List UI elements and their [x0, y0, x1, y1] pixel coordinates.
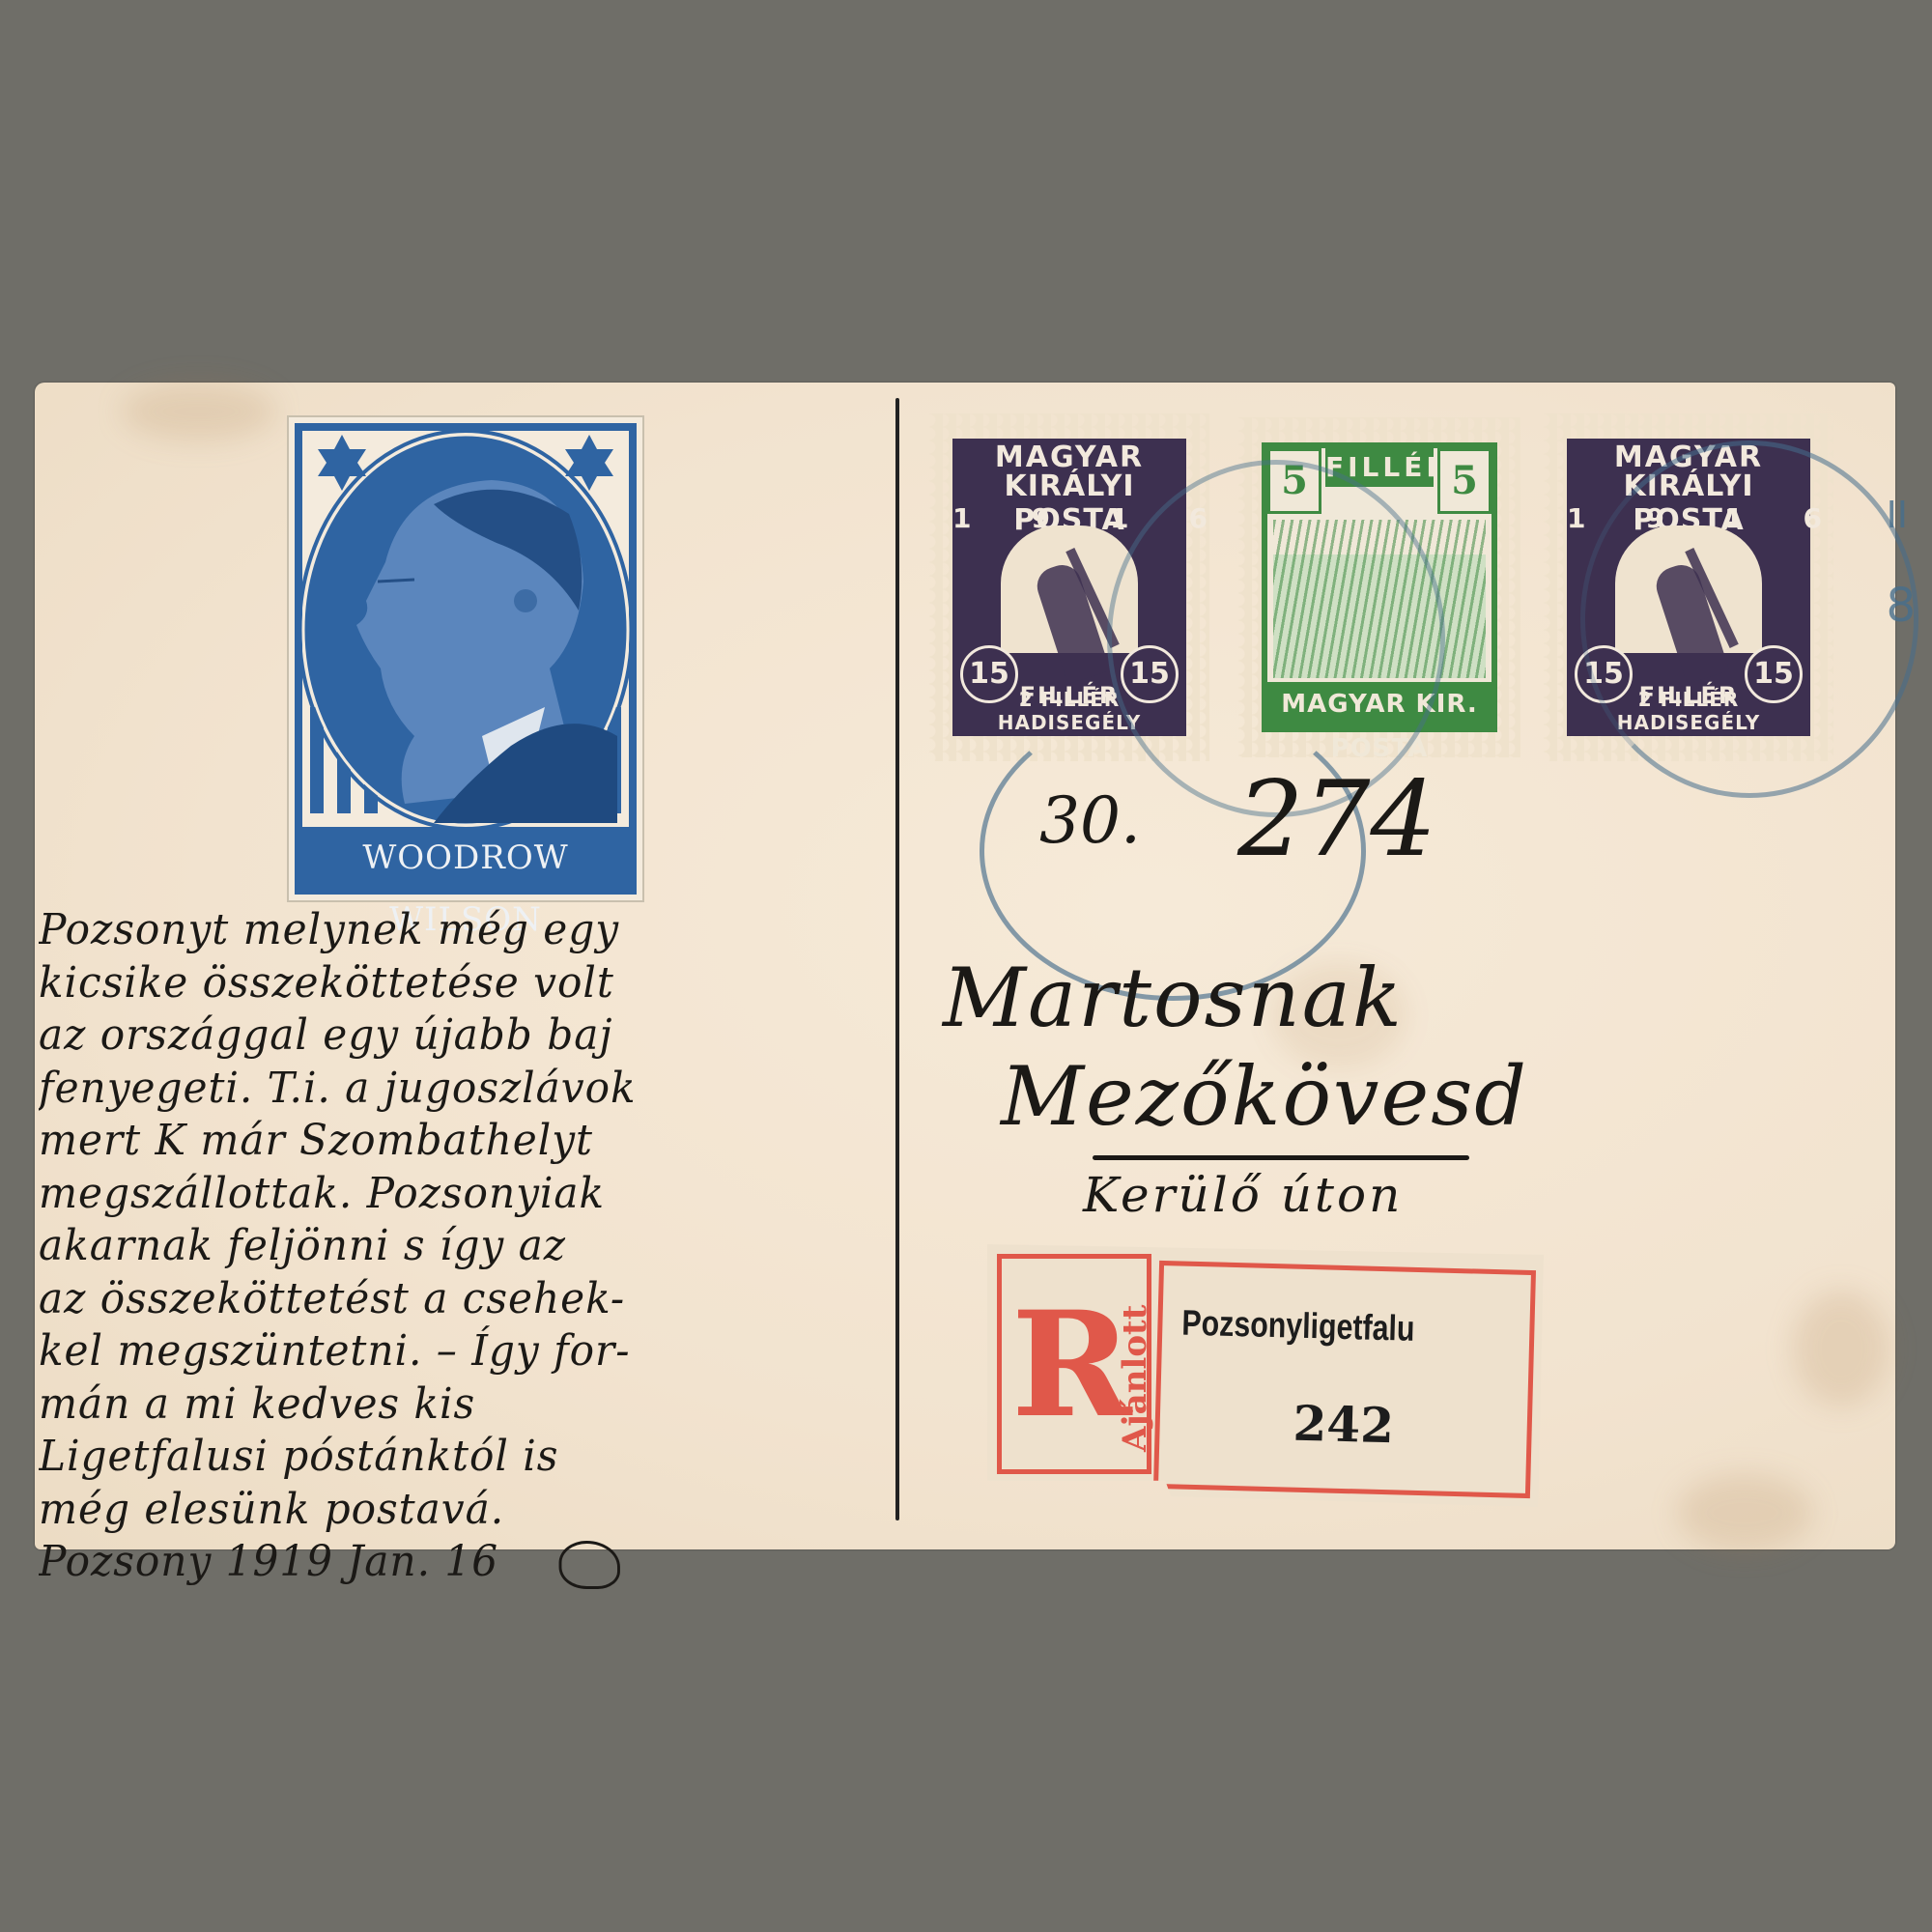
registration-letter: R	[1011, 1278, 1132, 1452]
handwritten-message: Pozsonyt melynek még egy kicsike összekö…	[39, 904, 855, 1589]
address-divider-line	[895, 398, 899, 1520]
message-line: mán a mi kedves kis	[39, 1378, 855, 1432]
stain	[1793, 1291, 1889, 1406]
address-underline	[1093, 1155, 1469, 1160]
postmark-text: 8	[1886, 579, 1916, 633]
message-line: akarnak feljönni s így az	[39, 1220, 855, 1273]
registration-place: Pozsonyligetfalu	[1181, 1303, 1415, 1350]
registration-word: Ajánlott	[1116, 1305, 1154, 1452]
registration-details-box: Pozsonyligetfalu 242	[1153, 1261, 1536, 1498]
message-line: Pozsonyt melynek még egy	[39, 904, 855, 957]
routing-note: Kerülő úton	[1083, 1167, 1403, 1223]
message-line: fenyegeti. T.i. a jugoszlávok	[39, 1063, 855, 1116]
registration-number: 242	[1159, 1391, 1527, 1458]
postmark-text: II	[1887, 494, 1908, 536]
message-line: Ligetfalusi póstánktól is	[39, 1431, 855, 1484]
registration-r-box: R Ajánlott	[997, 1254, 1151, 1474]
message-line: az országgal egy újabb baj	[39, 1009, 855, 1063]
message-line: még elesünk postavá.	[39, 1484, 855, 1537]
message-dateline: Pozsony 1919 Jan. 16	[39, 1536, 855, 1589]
stamp-value: 5	[1437, 448, 1492, 514]
reference-number-part2: 274	[1237, 759, 1436, 880]
signature-monogram-icon	[558, 1541, 619, 1589]
stain	[1677, 1474, 1812, 1551]
recipient-city: Mezőkövesd	[1001, 1049, 1528, 1144]
woodrow-wilson-label: WOODROW WILSON	[287, 415, 644, 902]
reference-number-part1: 30.	[1039, 783, 1141, 858]
message-line: kicsike összeköttetése volt	[39, 957, 855, 1010]
message-date: Pozsony 1919 Jan. 16	[39, 1537, 498, 1586]
postmark-circle: II 8	[1580, 440, 1918, 798]
message-line: kel megszüntetni. – Így for-	[39, 1325, 855, 1378]
stain	[122, 383, 276, 440]
message-line: mert K már Szombathelyt	[39, 1115, 855, 1168]
registration-label: R Ajánlott Pozsonyligetfalu 242	[987, 1244, 1544, 1507]
postcard: WOODROW WILSON MAGYAR KIRÁLYI POSTA 1916…	[35, 383, 1895, 1549]
wilson-name-banner: WOODROW WILSON	[302, 827, 629, 889]
message-line: az összeköttetést a csehek-	[39, 1273, 855, 1326]
message-line: megszállottak. Pozsonyiak	[39, 1168, 855, 1221]
recipient-name: Martosnak	[943, 951, 1404, 1045]
